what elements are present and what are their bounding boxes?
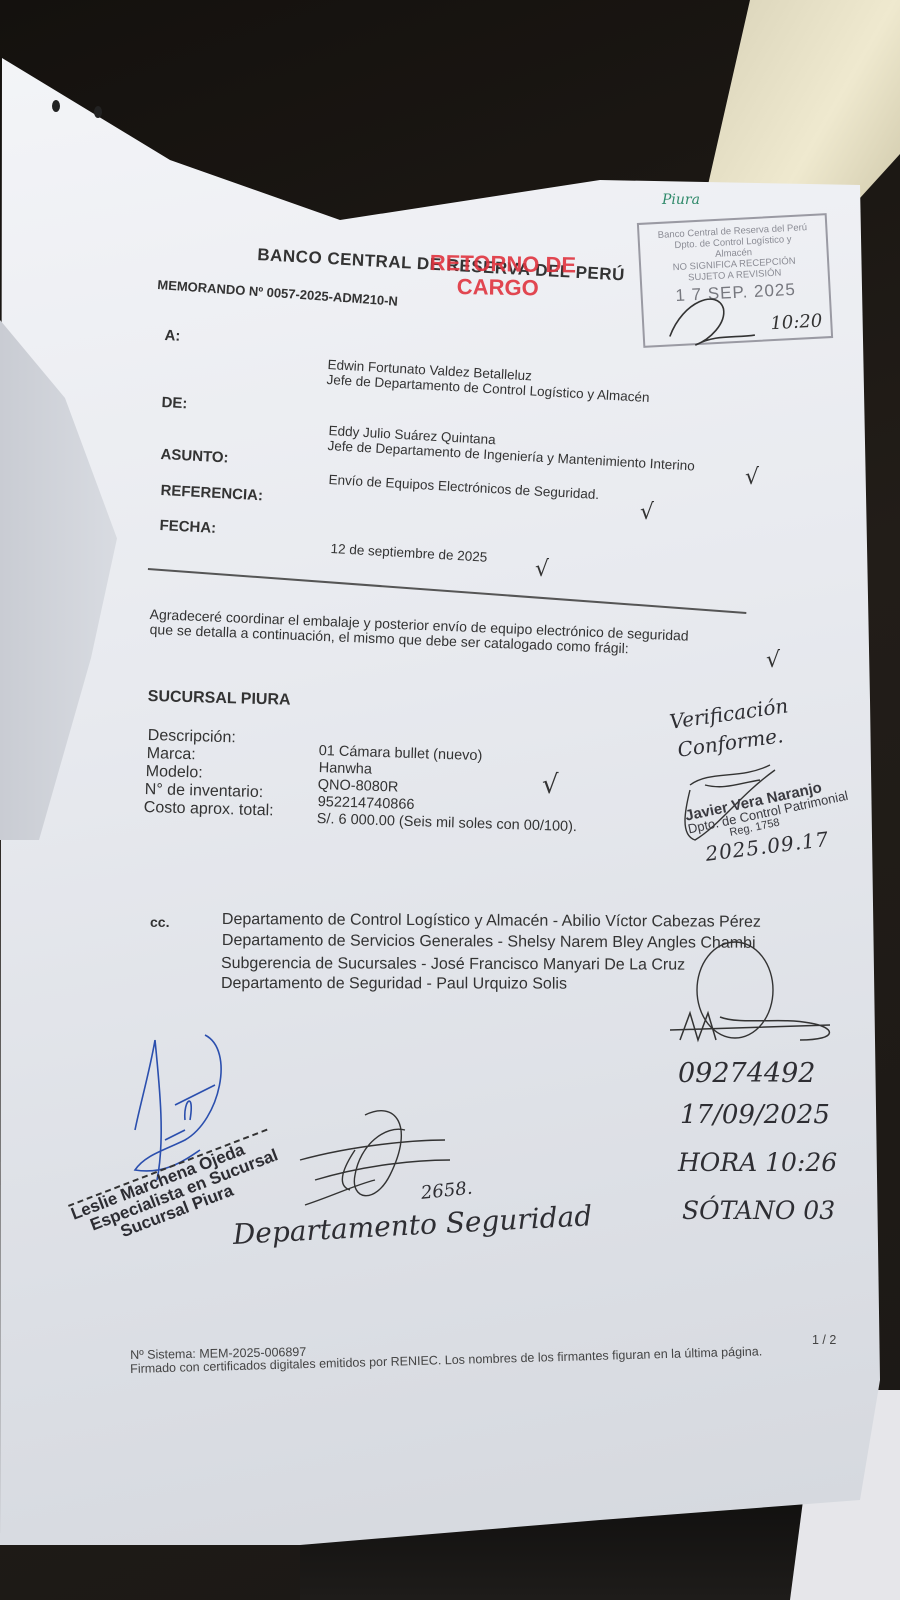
receiver-signature <box>670 945 840 1055</box>
checkmark-icon: √ <box>745 465 759 490</box>
page-number: 1 / 2 <box>812 1333 836 1347</box>
cc-line: Subgerencia de Sucursales - José Francis… <box>221 954 685 975</box>
checkmark-icon: √ <box>766 648 780 673</box>
receiver-id-number: 09274492 <box>678 1058 815 1089</box>
label-a: A: <box>164 327 181 345</box>
subject-value: Envío de Equipos Electrónicos de Segurid… <box>328 472 599 503</box>
reception-stamp: Banco Central de Reserva del Perú Dpto. … <box>637 213 833 348</box>
red-stamp-line-1: RETORNO DE <box>430 252 577 277</box>
stamp-time: 10:20 <box>770 315 822 329</box>
checkmark-icon: √ <box>640 500 654 525</box>
checkmark-icon: √ <box>535 557 549 582</box>
receiver-location: SÓTANO 03 <box>682 1196 835 1225</box>
date-value: 12 de septiembre de 2025 <box>330 541 488 566</box>
item-value-cost: S/. 6 000.00 (Seis mil soles con 00/100)… <box>316 811 577 836</box>
sender-title: Jefe de Departamento de Ingeniería y Man… <box>327 438 695 475</box>
item-key-model: Modelo: <box>146 763 203 781</box>
receiver-date: 17/09/2025 <box>680 1100 830 1130</box>
cc-line: Departamento de Seguridad - Paul Urquizo… <box>221 974 567 994</box>
header-divider <box>148 568 746 613</box>
label-fecha: FECHA: <box>159 517 216 537</box>
handwritten-piura-note: Piura <box>662 192 700 208</box>
stamp-signature-scribble <box>662 287 755 352</box>
label-referencia: REFERENCIA: <box>160 482 263 504</box>
item-value-brand: Hanwha <box>318 760 372 779</box>
label-de: DE: <box>161 394 188 412</box>
checkmark-icon: √ <box>542 770 559 800</box>
item-key-brand: Marca: <box>147 745 196 763</box>
security-number: 2658. <box>420 1178 473 1204</box>
memo-number: MEMORANDO Nº 0057-2025-ADM210-N <box>157 277 398 309</box>
item-key-inventory: N° de inventario: <box>145 781 264 801</box>
label-asunto: ASUNTO: <box>160 446 229 467</box>
receiver-time: HORA 10:26 <box>678 1148 837 1177</box>
red-stamp-line-2: CARGO <box>457 276 539 299</box>
item-key-description: Descripción: <box>148 727 236 746</box>
item-key-cost: Costo aprox. total: <box>144 799 274 819</box>
branch-title: SUCURSAL PIURA <box>148 688 291 710</box>
cc-label: cc. <box>150 914 169 930</box>
cc-line: Departamento de Control Logístico y Alma… <box>222 910 761 932</box>
memo-document: Piura Banco Central de Reserva del Perú … <box>0 0 900 1600</box>
